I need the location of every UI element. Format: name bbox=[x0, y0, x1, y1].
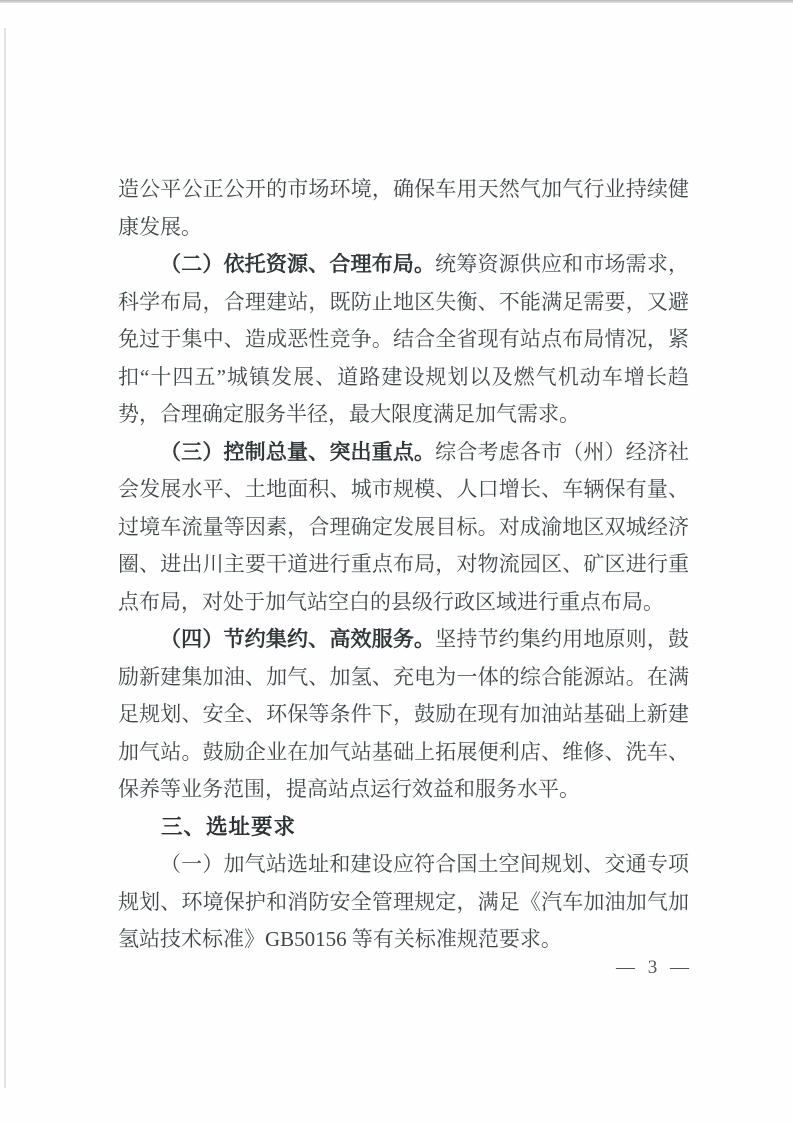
paragraph-text: 综合考虑各市（州）经济社会发展水平、土地面积、城市规模、人口增长、车辆保有量、过… bbox=[118, 440, 689, 614]
paragraph-lead-bold: （三）控制总量、突出重点。 bbox=[160, 440, 435, 464]
paragraph-section-4: （四）节约集约、高效服务。坚持节约集约用地原则，鼓励新建集加油、加气、加氢、充电… bbox=[118, 621, 689, 809]
paragraph-text: 造公平公正公开的市场环境，确保车用天然气加气行业持续健康发展。 bbox=[118, 177, 689, 239]
paragraph-lead-bold: （二）依托资源、合理布局。 bbox=[160, 252, 435, 276]
scan-artifact-left-edge bbox=[4, 28, 6, 1088]
paragraph-text: 统筹资源供应和市场需求，科学布局，合理建站，既防止地区失衡、不能满足需要，又避免… bbox=[118, 252, 689, 426]
paragraph-text: 坚持节约集约用地原则，鼓励新建集加油、加气、加氢、充电为一体的综合能源站。在满足… bbox=[118, 627, 689, 801]
document-content: 造公平公正公开的市场环境，确保车用天然气加气行业持续健康发展。 （二）依托资源、… bbox=[118, 171, 689, 959]
paragraph-lead-bold: （四）节约集约、高效服务。 bbox=[160, 627, 435, 651]
paragraph-section-2: （二）依托资源、合理布局。统筹资源供应和市场需求，科学布局，合理建站，既防止地区… bbox=[118, 246, 689, 434]
page-number: — 3 — bbox=[616, 957, 693, 978]
paragraph-section-3: （三）控制总量、突出重点。综合考虑各市（州）经济社会发展水平、土地面积、城市规模… bbox=[118, 434, 689, 622]
section-heading-site-selection: 三、选址要求 bbox=[118, 809, 689, 847]
paragraph-section-5: （一）加气站选址和建设应符合国土空间规划、交通专项规划、环境保护和消防安全管理规… bbox=[118, 846, 689, 959]
scan-artifact-top-edge bbox=[0, 0, 793, 3]
document-page: 造公平公正公开的市场环境，确保车用天然气加气行业持续健康发展。 （二）依托资源、… bbox=[0, 0, 793, 1122]
page-footer: — 3 — bbox=[616, 957, 693, 979]
paragraph-continuation: 造公平公正公开的市场环境，确保车用天然气加气行业持续健康发展。 bbox=[118, 171, 689, 246]
paragraph-text: （一）加气站选址和建设应符合国土空间规划、交通专项规划、环境保护和消防安全管理规… bbox=[118, 852, 689, 951]
